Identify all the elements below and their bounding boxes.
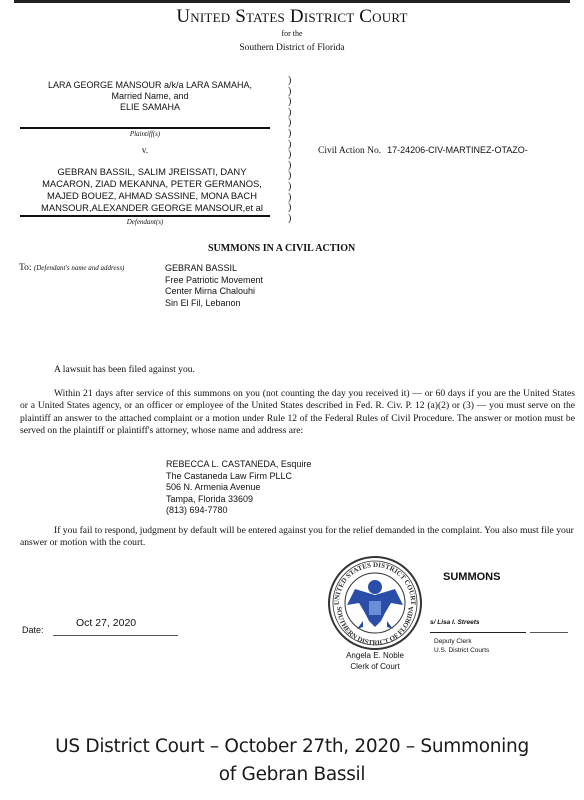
- clerk-of-court: Angela E. Noble Clerk of Court: [330, 650, 420, 672]
- versus-label: v.: [20, 145, 270, 155]
- address-line: Sin El Fil, Lebanon: [165, 298, 263, 310]
- civil-action-number: 17-24206-CIV-MARTINEZ-OTAZO-: [387, 145, 528, 155]
- civil-action-label: Civil Action No.: [318, 146, 381, 156]
- caption-brackets: ) ) ) ) ) ) ) ) ) ) ) ) ) ): [288, 76, 298, 224]
- plaintiff-line: ELIE SAMAHA: [20, 102, 280, 113]
- to-prefix: To:: [19, 263, 32, 273]
- address-line: Free Patriotic Movement: [165, 275, 263, 287]
- plaintiffs-label: Plaintiff(s): [20, 130, 270, 138]
- plaintiffs-rule: [20, 127, 270, 129]
- attorney-line: The Castaneda Law Firm PLLC: [166, 471, 311, 483]
- district-name: Southern District of Florida: [0, 43, 584, 53]
- defendants-rule: [20, 215, 270, 217]
- address-line: GEBRAN BASSIL: [165, 263, 263, 275]
- for-the-label: for the: [0, 29, 584, 38]
- to-hint: (Defendant's name and address): [34, 264, 124, 272]
- caption-line-2: of Gebran Bassil: [0, 761, 584, 789]
- summons-label: SUMMONS: [443, 571, 500, 583]
- to-label: To: (Defendant's name and address): [19, 263, 124, 273]
- defendant-line: MACARON, ZIAD MEKANNA, PETER GERMANOS,: [22, 178, 282, 190]
- deputy-line: Deputy Clerk: [434, 637, 489, 646]
- image-caption: US District Court – October 27th, 2020 –…: [0, 733, 584, 789]
- paragraph-instructions: Within 21 days after service of this sum…: [20, 388, 575, 438]
- clerk-name-line: Clerk of Court: [330, 661, 420, 672]
- court-title: United States District Court: [0, 6, 584, 28]
- caption-line-1: US District Court – October 27th, 2020 –…: [0, 733, 584, 761]
- plaintiffs-block: LARA GEORGE MANSOUR a/k/a LARA SAMAHA, M…: [20, 80, 280, 113]
- attorney-line: Tampa, Florida 33609: [166, 494, 311, 506]
- deputy-clerk-title: Deputy Clerk U.S. District Courts: [434, 637, 489, 655]
- attorney-line: 506 N. Armenia Avenue: [166, 482, 311, 494]
- paragraph-lawsuit: A lawsuit has been filed against you.: [54, 364, 195, 376]
- civil-action: Civil Action No.17-24206-CIV-MARTINEZ-OT…: [318, 145, 528, 156]
- defendant-address: GEBRAN BASSIL Free Patriotic Movement Ce…: [165, 263, 263, 309]
- address-line: Center Mirna Chalouhi: [165, 286, 263, 298]
- signature-line-extension: [530, 632, 568, 633]
- defendants-label: Defendant(s): [20, 218, 270, 226]
- attorney-line: REBECCA L. CASTANEDA, Esquire: [166, 459, 311, 471]
- defendant-line: MANSOUR,ALEXANDER GEORGE MANSOUR,et al: [22, 202, 282, 214]
- date-label: Date:: [22, 625, 44, 635]
- court-seal-icon: UNITED STATES DISTRICT COURT SOUTHERN DI…: [323, 555, 427, 651]
- signature-line: [430, 632, 526, 633]
- clerk-signature: s/ Lisa I. Streets: [430, 619, 480, 626]
- defendant-line: GEBRAN BASSIL, SALIM JREISSATI, DANY: [22, 166, 282, 178]
- plaintiff-line: Married Name, and: [20, 91, 280, 102]
- paragraph-default: If you fail to respond, judgment by defa…: [20, 525, 580, 550]
- attorney-line: (813) 694-7780: [166, 505, 311, 517]
- plaintiff-line: LARA GEORGE MANSOUR a/k/a LARA SAMAHA,: [20, 80, 280, 91]
- defendant-line: MAJED BOUEZ, AHMAD SASSINE, MONA BACH: [22, 190, 282, 202]
- top-border: [14, 0, 570, 3]
- date-line: [53, 635, 178, 636]
- summons-title: SUMMONS IN A CIVIL ACTION: [208, 243, 355, 254]
- attorney-address: REBECCA L. CASTANEDA, Esquire The Castan…: [166, 459, 311, 517]
- clerk-name-line: Angela E. Noble: [330, 650, 420, 661]
- defendants-block: GEBRAN BASSIL, SALIM JREISSATI, DANY MAC…: [22, 166, 282, 214]
- date-value: Oct 27, 2020: [76, 617, 136, 629]
- deputy-line: U.S. District Courts: [434, 646, 489, 655]
